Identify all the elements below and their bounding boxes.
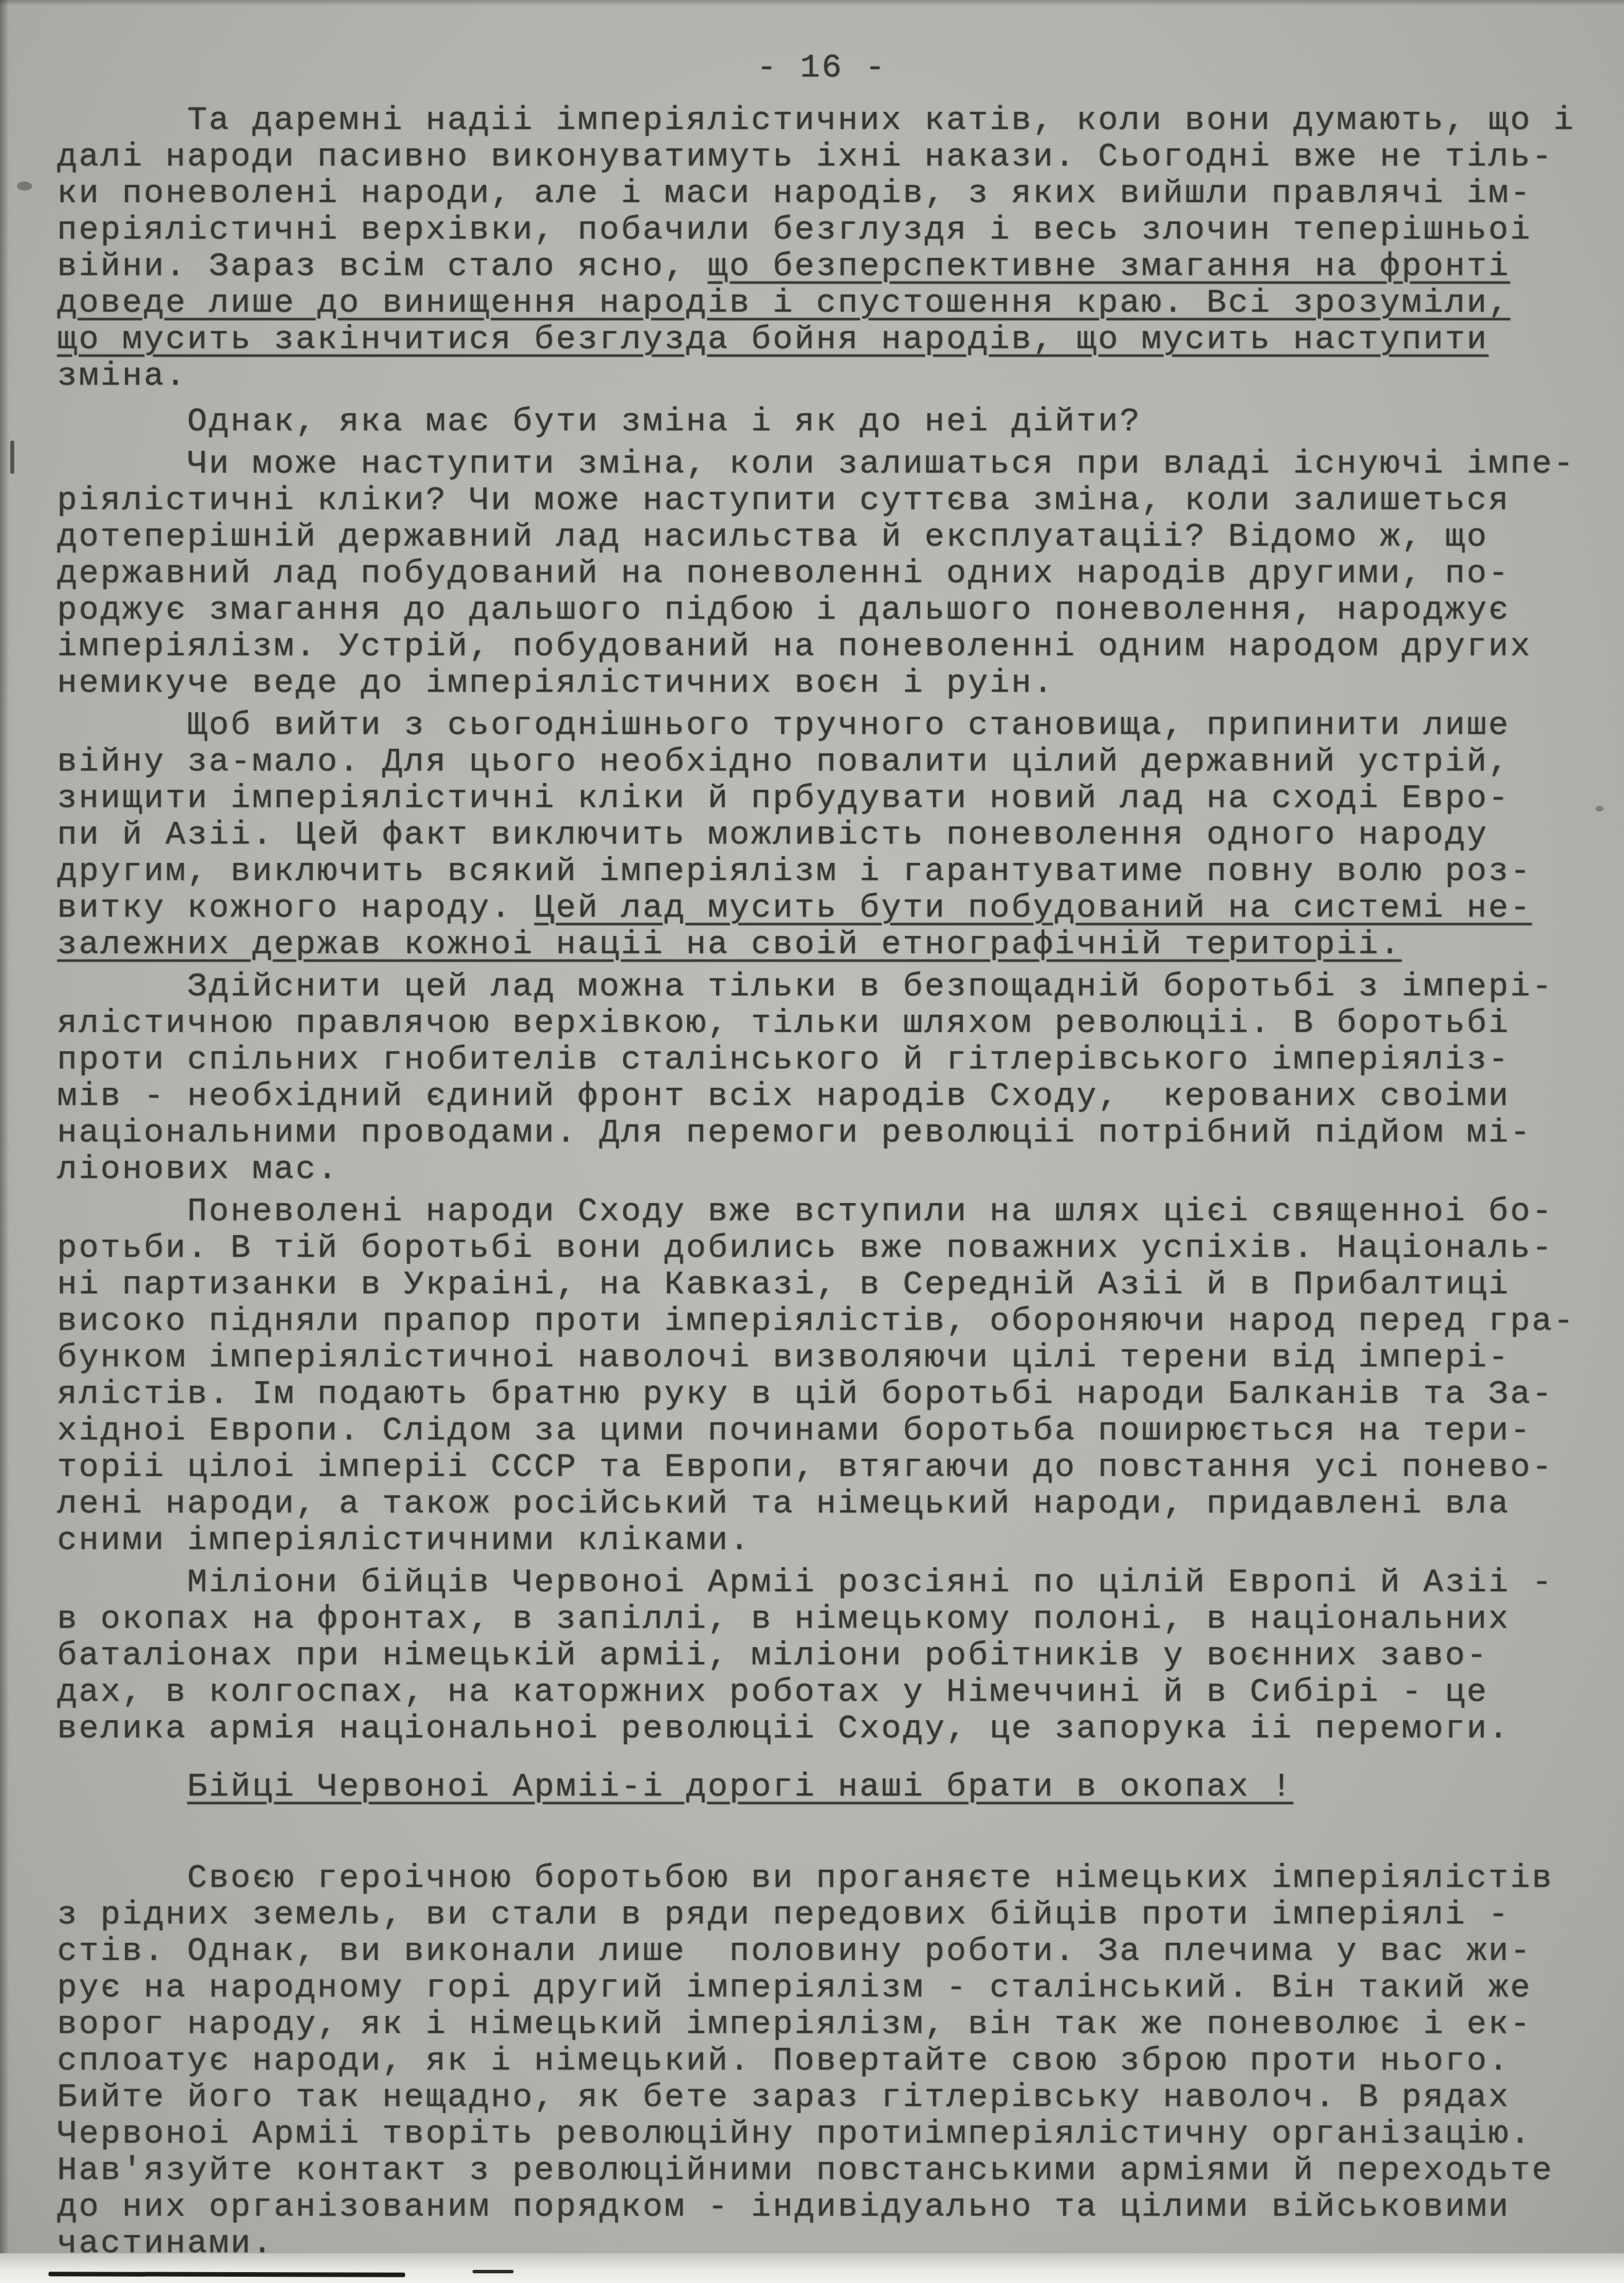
underlined-text-segment: що мусить закінчитися безглузда бойня на…: [57, 321, 1488, 358]
text-line: дотеперішній державний лад насильства й …: [57, 519, 1586, 556]
text-line: сними імперіялістичними кліками.: [57, 1523, 1586, 1559]
scan-artifact-line: [49, 2272, 405, 2277]
typewritten-text: - 16 - Та даремні надіі імперіялістичних…: [57, 50, 1586, 2262]
text-line: бунком імперіялістичноі наволочі визволя…: [57, 1340, 1586, 1377]
text-segment: витку кожного народу.: [57, 890, 534, 927]
text-segment: рує на народному горі другий імперіялізм…: [57, 1970, 1532, 2007]
text-line: мів - необхідний єдиний фронт всіх народ…: [57, 1079, 1586, 1115]
text-segment: періялістичні верхівки, побачили безглуз…: [57, 212, 1532, 249]
text-line: ріялістичні кліки? Чи може наступити сут…: [57, 483, 1586, 519]
underlined-text-segment: залежних держав кожноі націі на своій ет…: [57, 926, 1401, 963]
scan-artifact: [17, 181, 32, 191]
text-line: ки поневолені народи, але і маси народів…: [57, 176, 1586, 212]
text-segment: національними проводами. Для перемоги ре…: [57, 1115, 1532, 1152]
text-segment: стів. Однак, ви виконали лише половину р…: [57, 1933, 1532, 1970]
text-segment: ні партизанки в Украіні, на Кавказі, в С…: [57, 1266, 1510, 1304]
text-line: роджує змагання до дальшого підбою і дал…: [57, 592, 1586, 629]
text-line: імперіялізм. Устрій, побудований на поне…: [57, 629, 1586, 665]
text-segment: проти спільних гнобителів сталінського й…: [57, 1042, 1510, 1079]
text-line: рує на народному горі другий імперіялізм…: [57, 1970, 1586, 2007]
text-segment: знищити імперіялістичні кліки й прбудува…: [57, 780, 1510, 817]
paragraph: Чи може наступити зміна, коли залишаться…: [57, 446, 1586, 702]
text-segment: Бийте його так нещадно, як бете зараз гі…: [57, 2079, 1510, 2116]
underlined-text-segment: доведе лише до винищення народів і спуст…: [57, 285, 1510, 322]
text-segment: торіі цілоі імперіі СССР та Европи, втяг…: [57, 1449, 1553, 1486]
text-line: Щоб вийти з сьогоднішнього тручного стан…: [57, 708, 1586, 744]
text-segment: баталіонах при німецькій арміі, міліони …: [57, 1637, 1488, 1675]
text-line: залежних держав кожноі націі на своій ет…: [57, 927, 1586, 963]
text-line: далі народи пасивно виконуватимуть іхні …: [57, 139, 1586, 176]
text-line: зміна.: [57, 358, 1586, 395]
text-segment: ворог народу, як і німецький імперіялізм…: [57, 2006, 1532, 2043]
text-segment: хідноі Европи. Слідом за цими починами б…: [57, 1413, 1532, 1450]
text-segment: сними імперіялістичними кліками.: [57, 1522, 751, 1559]
underlined-text-segment: що безперспективне змагання на фронті: [708, 248, 1510, 285]
scan-artifact-dash: [472, 2270, 514, 2273]
text-line: Однак, яка має бути зміна і як до неі ді…: [57, 404, 1586, 441]
text-segment: дах, в колгоспах, на каторжних роботах у…: [57, 1674, 1488, 1711]
text-segment: сплоатує народи, як і німецький. Поверта…: [57, 2043, 1510, 2080]
text-line: велика армія національноі революціі Сход…: [57, 1711, 1586, 1748]
text-line: національними проводами. Для перемоги ре…: [57, 1115, 1586, 1152]
text-line: високо підняли прапор проти імперіялісті…: [57, 1304, 1586, 1340]
text-segment: до них організованим порядком - індивіду…: [57, 2189, 1510, 2226]
text-line: війни. Зараз всім стало ясно, що безперс…: [57, 249, 1586, 285]
text-segment: Міліони бійців Червоноі Арміі розсіяні п…: [57, 1564, 1553, 1602]
text-segment: Здійснити цей лад можна тільки в безпоща…: [57, 969, 1553, 1006]
text-segment: немикуче веде до імперіялістичних воєн і…: [57, 665, 1055, 702]
text-segment: ліонових мас.: [57, 1151, 339, 1188]
text-segment: дотеперішній державний лад насильства й …: [57, 519, 1488, 556]
text-line: пи й Азіі. Цей факт виключить можливість…: [57, 817, 1586, 854]
text-line: Та даремні надіі імперіялістичних катів,…: [57, 103, 1586, 139]
text-line: в окопах на фронтах, в запіллі, в німець…: [57, 1602, 1586, 1638]
scan-edge-top: [0, 0, 1624, 6]
text-segment: Поневолені народи Сходу вже вступили на …: [57, 1193, 1553, 1231]
text-line: ні партизанки в Украіні, на Кавказі, в С…: [57, 1267, 1586, 1304]
text-line: ротьби. В тій боротьбі вони добились вже…: [57, 1231, 1586, 1267]
text-line: витку кожного народу. Цей лад мусить бут…: [57, 890, 1586, 927]
text-segment: імперіялізм. Устрій, побудований на поне…: [57, 628, 1532, 665]
section-heading: Бійці Червоноі Арміі-і дорогі наші брати…: [57, 1769, 1586, 1806]
text-line: знищити імперіялістичні кліки й прбудува…: [57, 781, 1586, 817]
text-line: Бийте його так нещадно, як бете зараз гі…: [57, 2080, 1586, 2116]
text-segment: ки поневолені народи, але і маси народів…: [57, 175, 1532, 212]
text-line: другим, виключить всякий імперіялізм і г…: [57, 854, 1586, 890]
text-line: Здійснити цей лад можна тільки в безпоща…: [57, 969, 1586, 1006]
scan-artifact: [10, 441, 14, 474]
text-segment: Своєю героічною боротьбою ви проганяєте …: [57, 1860, 1553, 1897]
text-line: ліонових мас.: [57, 1152, 1586, 1188]
paragraph: Своєю героічною боротьбою ви проганяєте …: [57, 1861, 1586, 2262]
paragraph: Поневолені народи Сходу вже вступили на …: [57, 1194, 1586, 1559]
text-line: до них організованим порядком - індивіду…: [57, 2189, 1586, 2226]
text-segment: Нав'язуйте контакт з революційними повст…: [57, 2152, 1553, 2189]
scan-edge-left: [0, 0, 9, 2283]
text-line: Чи може наступити зміна, коли залишаться…: [57, 446, 1586, 483]
text-segment: ротьби. В тій боротьбі вони добились вже…: [57, 1230, 1553, 1267]
text-line: лені народи, а також російський та німец…: [57, 1486, 1586, 1523]
text-line: сплоатує народи, як і німецький. Поверта…: [57, 2043, 1586, 2080]
text-line: що мусить закінчитися безглузда бойня на…: [57, 322, 1586, 358]
text-line: торіі цілоі імперіі СССР та Европи, втяг…: [57, 1450, 1586, 1486]
text-line: періялістичні верхівки, побачили безглуз…: [57, 212, 1586, 249]
text-line: з рідних земель, ви стали в ряди передов…: [57, 1897, 1586, 1934]
text-segment: бунком імперіялістичноі наволочі визволя…: [57, 1340, 1510, 1377]
text-segment: в окопах на фронтах, в запіллі, в німець…: [57, 1601, 1510, 1638]
paragraph: Здійснити цей лад можна тільки в безпоща…: [57, 969, 1586, 1188]
text-line: хідноі Европи. Слідом за цими починами б…: [57, 1413, 1586, 1450]
text-segment: роджує змагання до дальшого підбою і дал…: [57, 592, 1510, 629]
text-segment: Щоб вийти з сьогоднішнього тручного стан…: [57, 707, 1510, 744]
text-line: стів. Однак, ви виконали лише половину р…: [57, 1934, 1586, 1970]
page-number: - 16 -: [57, 50, 1586, 87]
text-segment: [57, 1769, 187, 1806]
text-segment: з рідних земель, ви стали в ряди передов…: [57, 1897, 1510, 1934]
text-segment: ріялістичні кліки? Чи може наступити сут…: [57, 482, 1510, 519]
text-line: Міліони бійців Червоноі Арміі розсіяні п…: [57, 1565, 1586, 1602]
text-line: державний лад побудований на поневоленні…: [57, 556, 1586, 592]
text-segment: зміна.: [57, 358, 187, 395]
scan-artifact: [1595, 806, 1603, 812]
text-segment: війни. Зараз всім стало ясно,: [57, 248, 708, 285]
text-line: війну за-мало. Для цього необхідно повал…: [57, 744, 1586, 781]
text-line: Поневолені народи Сходу вже вступили на …: [57, 1194, 1586, 1231]
text-segment: Червоноі Арміі творіть революційну проти…: [57, 2116, 1532, 2153]
text-line: ялістів. Ім подають братню руку в цій бо…: [57, 1377, 1586, 1413]
text-segment: високо підняли прапор проти імперіялісті…: [57, 1303, 1575, 1340]
text-line: баталіонах при німецькій арміі, міліони …: [57, 1638, 1586, 1675]
text-line: проти спільних гнобителів сталінського й…: [57, 1042, 1586, 1079]
text-line: Червоноі Арміі творіть революційну проти…: [57, 2116, 1586, 2153]
text-segment: ялістів. Ім подають братню руку в цій бо…: [57, 1376, 1553, 1413]
text-segment: ялістичною правлячою верхівкою, тільки ш…: [57, 1005, 1510, 1042]
text-segment: державний лад побудований на поневоленні…: [57, 555, 1510, 592]
text-line: немикуче веде до імперіялістичних воєн і…: [57, 665, 1586, 702]
paragraph: Щоб вийти з сьогоднішнього тручного стан…: [57, 708, 1586, 963]
text-segment: другим, виключить всякий імперіялізм і г…: [57, 853, 1532, 890]
text-blocks: Та даремні надіі імперіялістичних катів,…: [57, 103, 1586, 2262]
paragraph: Міліони бійців Червоноі Арміі розсіяні п…: [57, 1565, 1586, 1748]
text-segment: Та даремні надіі імперіялістичних катів,…: [57, 102, 1575, 139]
scanned-page: - 16 - Та даремні надіі імперіялістичних…: [0, 0, 1624, 2283]
text-segment: велика армія національноі революціі Сход…: [57, 1711, 1510, 1748]
text-segment: Однак, яка має бути зміна і як до неі ді…: [57, 404, 1141, 441]
text-line: Бійці Червоноі Арміі-і дорогі наші брати…: [57, 1769, 1586, 1806]
text-line: ворог народу, як і німецький імперіялізм…: [57, 2007, 1586, 2043]
text-segment: пи й Азіі. Цей факт виключить можливість…: [57, 817, 1488, 854]
underlined-text-segment: Бійці Червоноі Арміі-і дорогі наші брати…: [187, 1769, 1293, 1806]
text-segment: далі народи пасивно виконуватимуть іхні …: [57, 139, 1553, 176]
text-segment: війну за-мало. Для цього необхідно повал…: [57, 744, 1510, 781]
text-line: Своєю героічною боротьбою ви проганяєте …: [57, 1861, 1586, 1897]
paragraph: Та даремні надіі імперіялістичних катів,…: [57, 103, 1586, 395]
text-line: доведе лише до винищення народів і спуст…: [57, 285, 1586, 322]
text-line: дах, в колгоспах, на каторжних роботах у…: [57, 1675, 1586, 1711]
scan-edge-bottom: [0, 2253, 1624, 2283]
underlined-text-segment: Цей лад мусить бути побудований на систе…: [534, 890, 1532, 927]
text-segment: лені народи, а також російський та німец…: [57, 1486, 1510, 1523]
text-line: ялістичною правлячою верхівкою, тільки ш…: [57, 1006, 1586, 1042]
text-segment: мів - необхідний єдиний фронт всіх народ…: [57, 1078, 1510, 1115]
text-line: Нав'язуйте контакт з революційними повст…: [57, 2153, 1586, 2189]
text-segment: Чи може наступити зміна, коли залишаться…: [57, 446, 1575, 483]
paragraph: Однак, яка має бути зміна і як до неі ді…: [57, 404, 1586, 441]
